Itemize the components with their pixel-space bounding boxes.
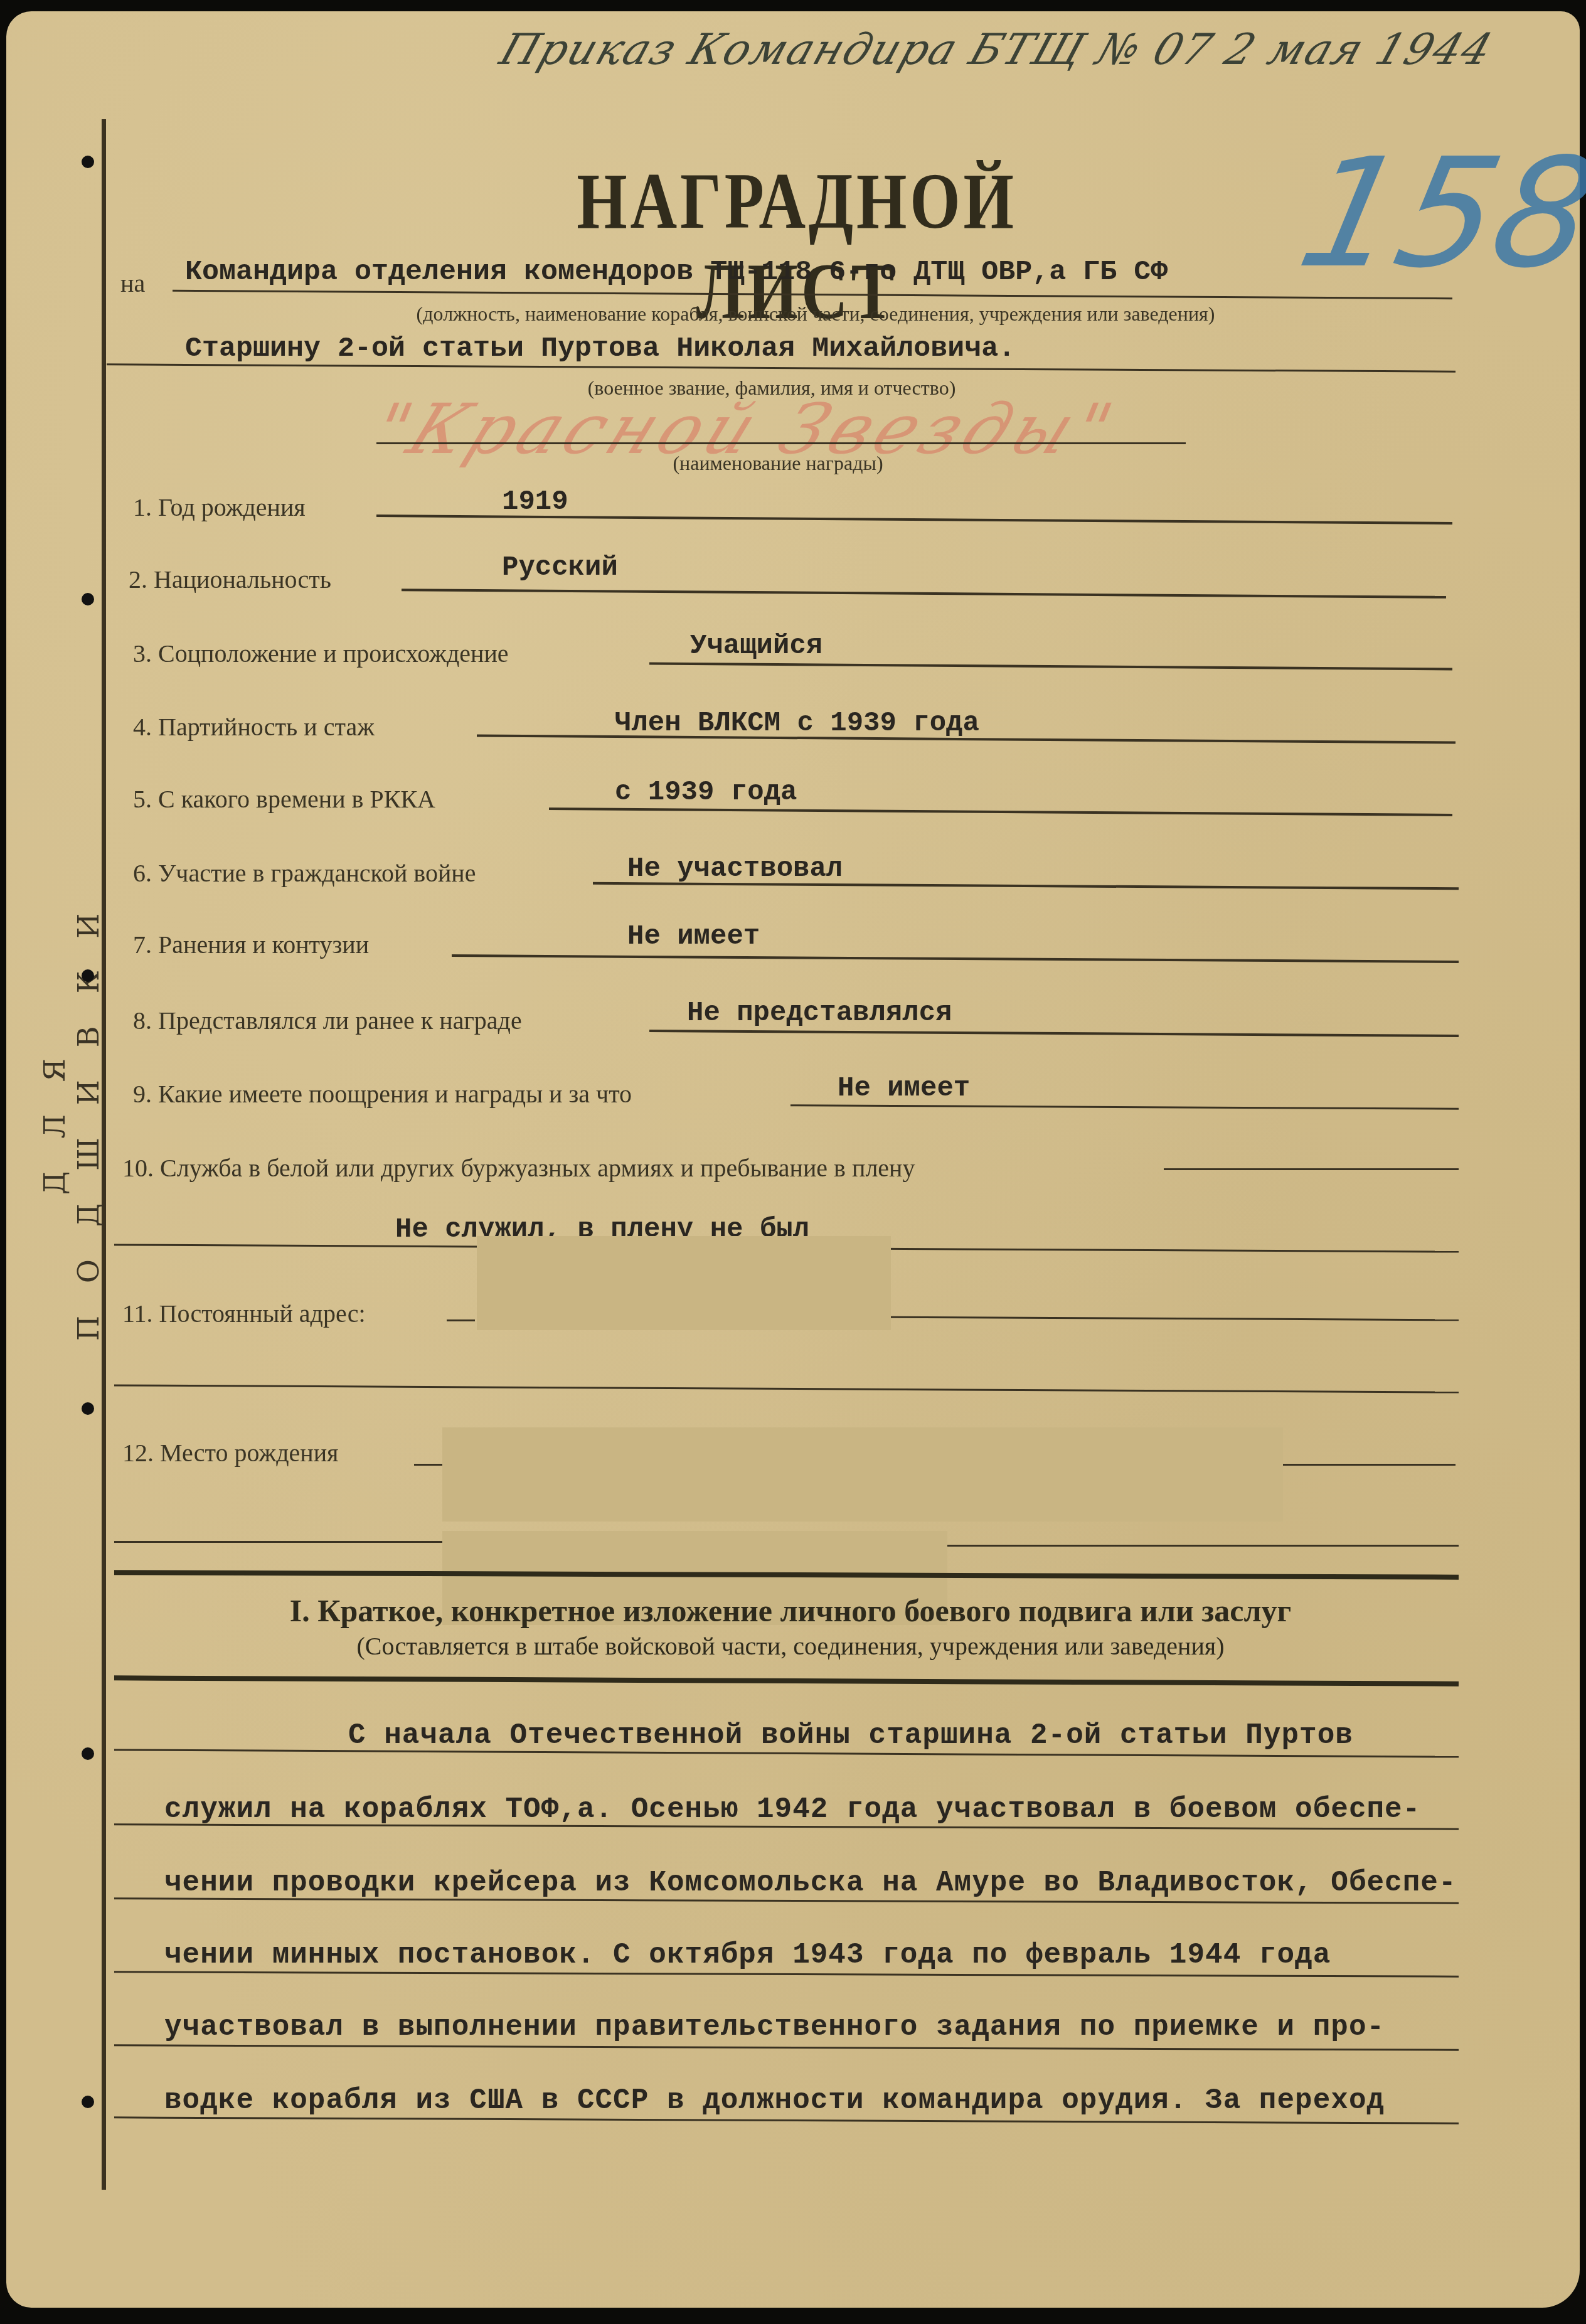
- handwritten-order-note: Приказ Командира БТЩ № 07 2 мая 1944: [494, 25, 1499, 75]
- redacted-birthplace: [442, 1427, 1283, 1522]
- field-9-label: 9. Какие имеете поощрения и награды и за…: [133, 1079, 632, 1109]
- narrative-line: участвовал в выполнении правительственно…: [164, 2011, 1385, 2044]
- field-12-rule-d: [947, 1545, 1459, 1547]
- field-6-value: Не участвовал: [627, 853, 843, 885]
- field-1-label: 1. Год рождения: [133, 493, 306, 522]
- punch-hole-icon: [82, 593, 94, 605]
- narrative-line: чении проводки крейсера из Комсомольска …: [164, 1867, 1457, 1899]
- field-10-rule-a: [1164, 1168, 1459, 1170]
- field-9-value: Не имеет: [838, 1073, 970, 1104]
- punch-hole-icon: [82, 2096, 94, 2108]
- binding-margin-label: ДЛЯ ПОДШИВКИ: [38, 828, 113, 1393]
- field-10-label: 10. Служба в белой или других буржуазных…: [122, 1153, 915, 1183]
- field-4-label: 4. Партийность и стаж: [133, 712, 375, 742]
- field-3-label: 3. Соцположение и происхождение: [133, 639, 509, 668]
- field-4-value: Член ВЛКСМ с 1939 года: [615, 708, 979, 739]
- narrative-line: С начала Отечественной войны старшина 2-…: [348, 1719, 1353, 1752]
- punch-hole-icon: [82, 1747, 94, 1760]
- section-title: I. Краткое, конкретное изложение личного…: [113, 1592, 1468, 1629]
- award-rule: [376, 442, 1186, 444]
- narrative-line: служил на кораблях ТОФ,а. Осенью 1942 го…: [164, 1793, 1420, 1826]
- narrative-line: водке корабля из США в СССР в должности …: [164, 2084, 1385, 2117]
- field-6-label: 6. Участие в гражданской войне: [133, 858, 476, 888]
- field-12-rule-a: [414, 1464, 442, 1466]
- field-5-label: 5. С какого времени в РККА: [133, 784, 435, 814]
- redacted-address: [477, 1236, 891, 1330]
- field-5-value: с 1939 года: [615, 777, 797, 808]
- position-value: Командира отделения комендоров ТЩ-118 6-…: [185, 256, 1168, 288]
- field-11-rule-a: [447, 1319, 475, 1321]
- punch-hole-icon: [82, 969, 94, 982]
- narrative-line: чении минных постановок. С октября 1943 …: [164, 1939, 1331, 1971]
- sheet-number-handwritten: 158: [1286, 125, 1586, 301]
- award-caption: (наименование награды): [596, 452, 960, 475]
- field-12-rule-c: [114, 1541, 442, 1543]
- position-caption: (должность, наименование корабля, воинск…: [276, 302, 1355, 326]
- section-subtitle: (Составляется в штабе войсковой части, с…: [113, 1631, 1468, 1661]
- field-3-value: Учащийся: [690, 631, 822, 662]
- field-8-label: 8. Представлялся ли ранее к награде: [133, 1006, 522, 1035]
- field-2-label: 2. Национальность: [129, 565, 331, 594]
- field-7-value: Не имеет: [627, 921, 760, 952]
- punch-hole-icon: [82, 156, 94, 168]
- field-12-label: 12. Место рождения: [122, 1438, 338, 1468]
- field-8-value: Не представлялся: [687, 998, 952, 1029]
- field-1-value: 1919: [502, 486, 568, 518]
- field-2-value: Русский: [502, 552, 618, 584]
- field-7-label: 7. Ранения и контузии: [133, 930, 369, 959]
- name-value: Старшину 2-ой статьи Пуртова Николая Мих…: [185, 333, 1015, 365]
- na-label: на: [120, 269, 145, 298]
- field-12-rule-b: [1283, 1464, 1456, 1466]
- field-11-label: 11. Постоянный адрес:: [122, 1299, 366, 1328]
- punch-hole-icon: [82, 1402, 94, 1415]
